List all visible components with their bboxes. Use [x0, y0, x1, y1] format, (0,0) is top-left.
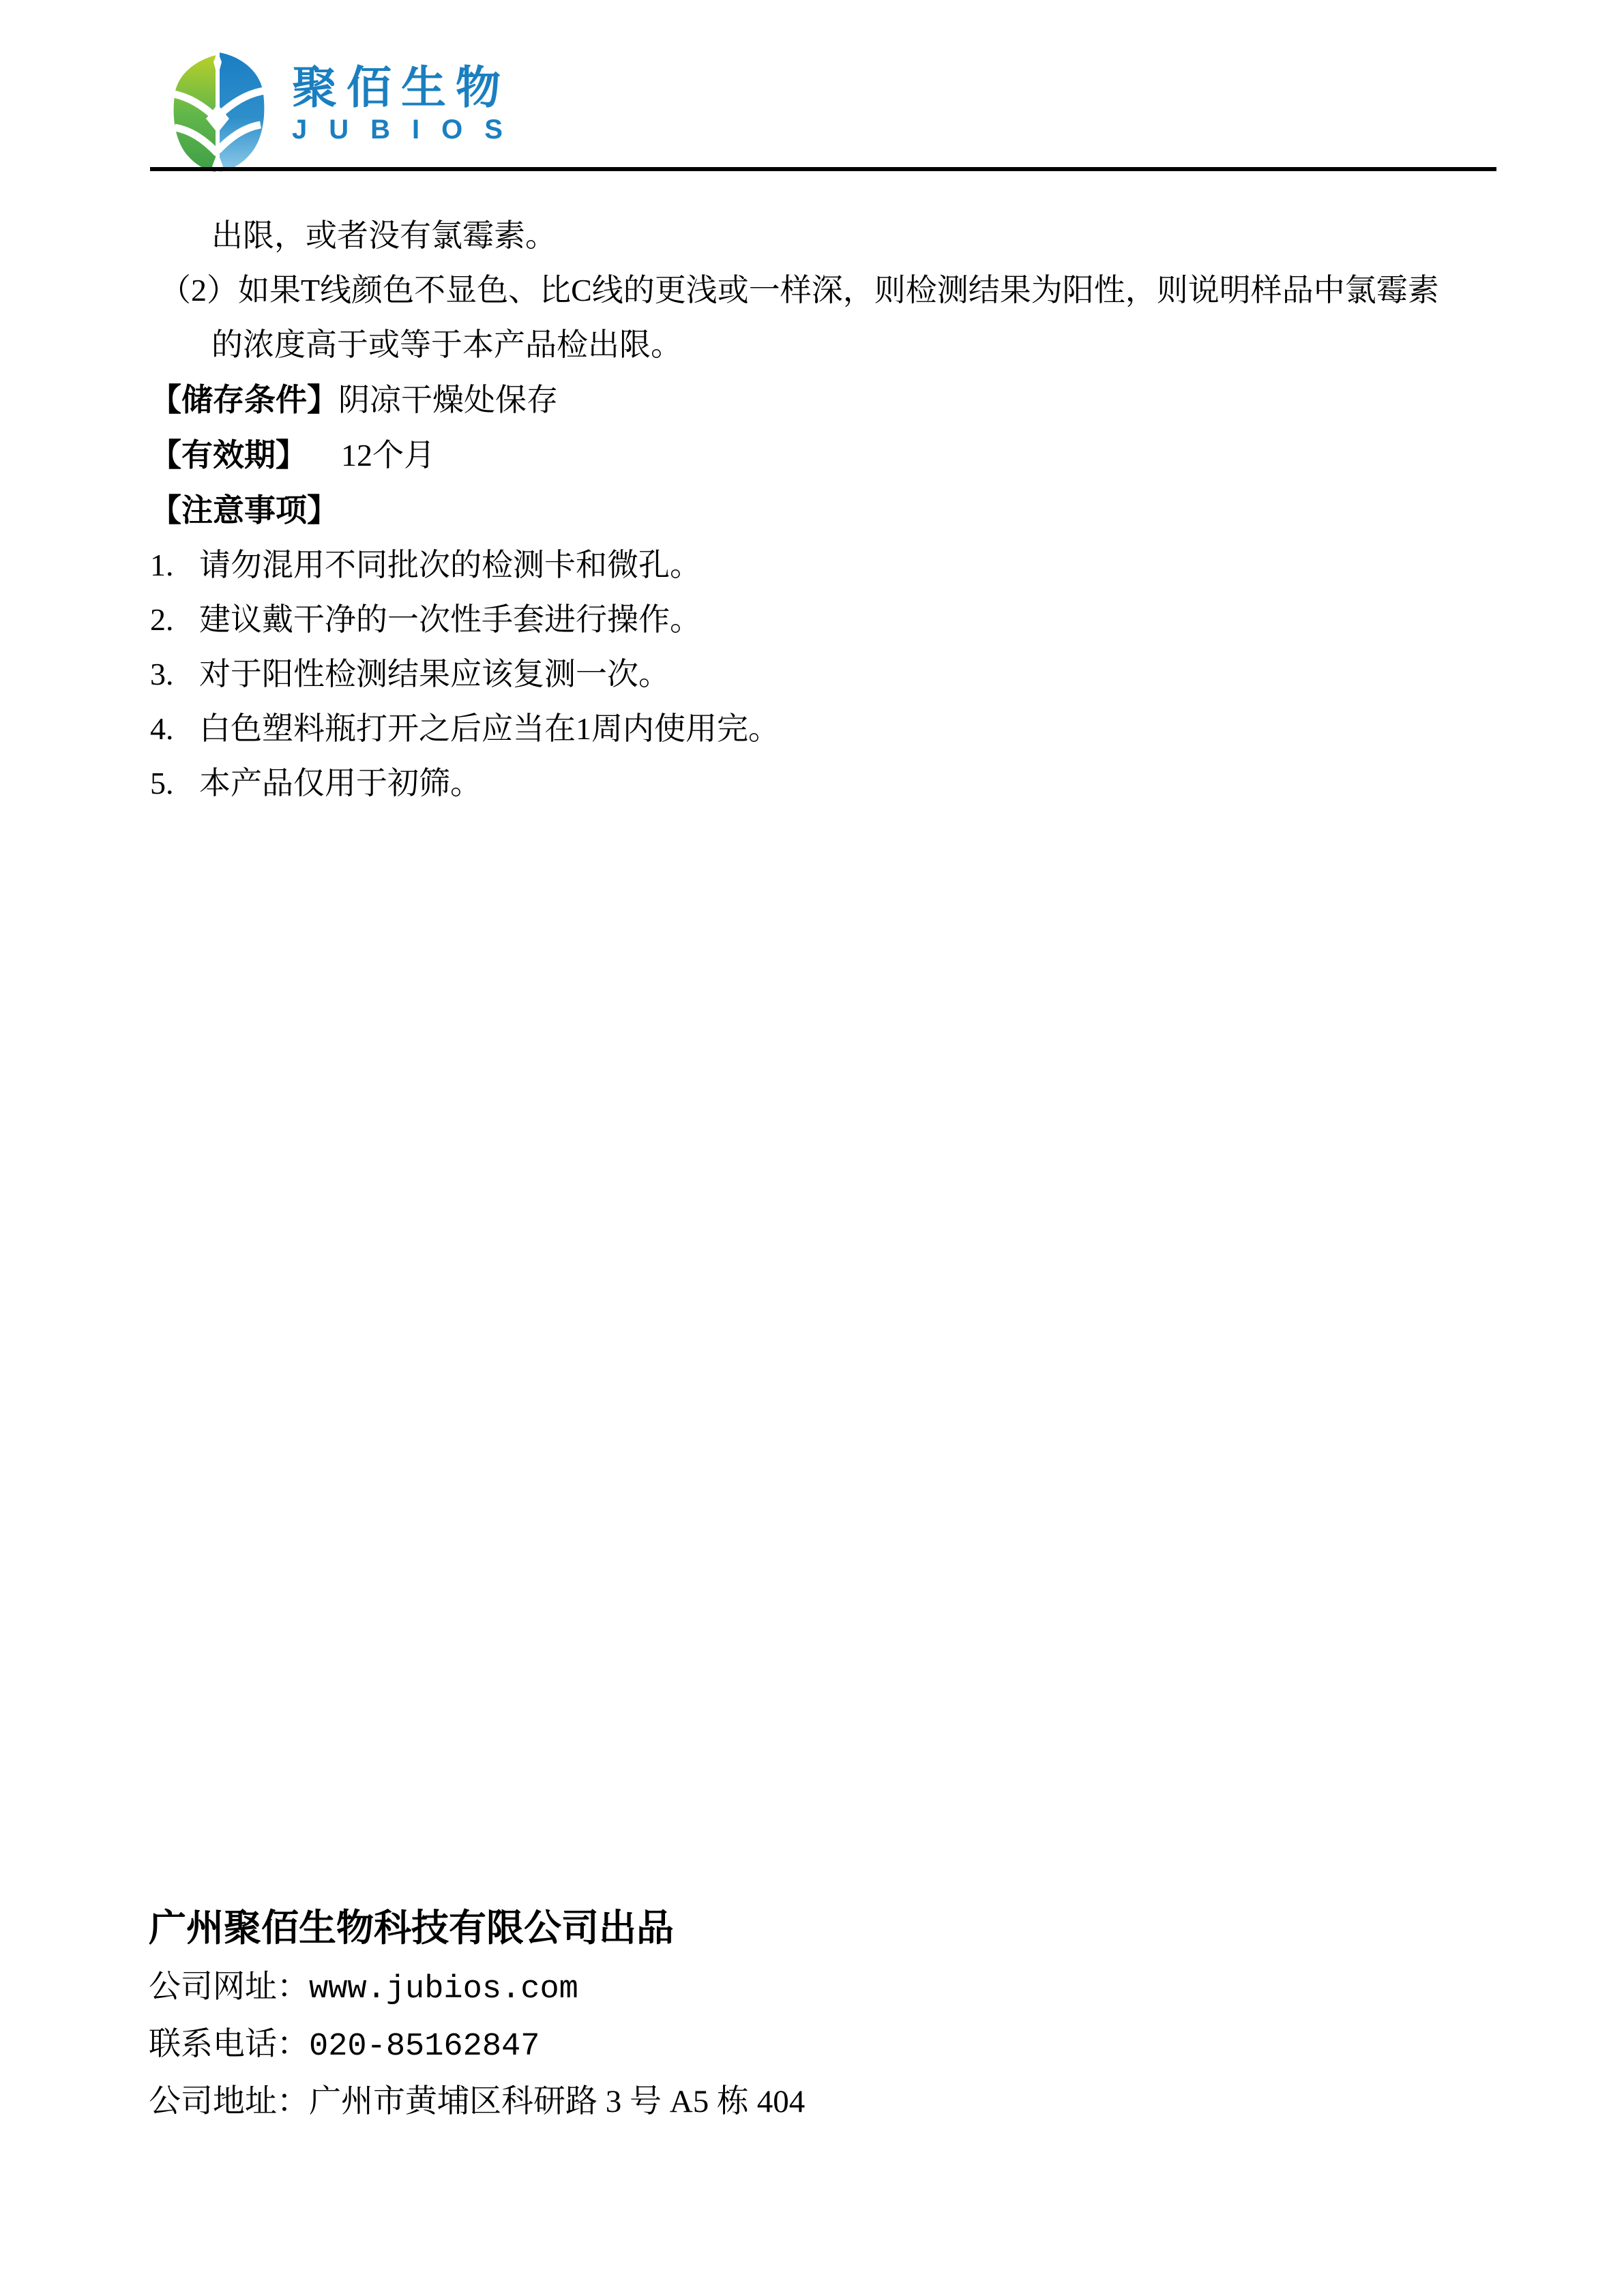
body-content: 出限，或者没有氯霉素。 （2）如果T线颜色不显色、比C线的更浅或一样深，则检测结… — [150, 209, 1501, 811]
note-1-number: 1. — [150, 538, 199, 593]
header-divider — [150, 167, 1496, 171]
footer-company-name: 广州聚佰生物科技有限公司出品 — [149, 1897, 805, 1960]
note-item-1: 1.请勿混用不同批次的检测卡和微孔。 — [150, 538, 1501, 593]
section-storage: 【储存条件】阴凉干燥处保存 — [150, 372, 1501, 428]
note-item-2: 2.建议戴干净的一次性手套进行操作。 — [150, 593, 1501, 647]
section-validity: 【有效期】12个月 — [150, 428, 1501, 483]
footer-phone-value: 020-85162847 — [309, 2029, 540, 2065]
paragraph-item2-line2: 的浓度高于或等于本产品检出限。 — [150, 318, 1501, 372]
section-validity-label: 【有效期】 — [150, 437, 307, 473]
item2-text: 如果T线颜色不显色、比C线的更浅或一样深，则检测结果为阳性，则说明样品中氯霉素 — [238, 273, 1439, 308]
note-1-text: 请勿混用不同批次的检测卡和微孔。 — [199, 548, 701, 582]
paragraph-carryover-line: 出限，或者没有氯霉素。 — [150, 209, 1501, 263]
logo-leaf-graphic — [162, 50, 273, 173]
footer-company-block: 广州聚佰生物科技有限公司出品 公司网址：www.jubios.com 联系电话：… — [149, 1897, 805, 2129]
section-storage-value: 阴凉干燥处保存 — [338, 383, 558, 417]
footer-phone-label: 联系电话： — [149, 2027, 309, 2062]
footer-address-row: 公司地址：广州市黄埔区科研路 3 号 A5 栋 404 — [149, 2074, 805, 2129]
note-4-number: 4. — [150, 702, 199, 756]
footer-phone-row: 联系电话：020-85162847 — [149, 2017, 805, 2074]
note-4-text: 白色塑料瓶打开之后应当在1周内使用完。 — [199, 711, 780, 746]
paragraph-item2-line1: （2）如果T线颜色不显色、比C线的更浅或一样深，则检测结果为阳性，则说明样品中氯… — [150, 263, 1501, 318]
note-item-5: 5.本产品仅用于初筛。 — [150, 756, 1501, 811]
jubios-logo-icon — [162, 50, 273, 173]
note-2-number: 2. — [150, 593, 199, 647]
document-page: 聚佰生物 JUBIOS 出限，或者没有氯霉素。 （2）如果T线颜色不显色、比C线… — [0, 0, 1624, 2296]
footer-address-value: 广州市黄埔区科研路 3 号 A5 栋 404 — [309, 2084, 805, 2119]
brand-name-en: JUBIOS — [292, 115, 525, 145]
note-3-number: 3. — [150, 647, 199, 702]
footer-website-row: 公司网址：www.jubios.com — [149, 1960, 805, 2017]
item2-number: （2） — [160, 273, 238, 308]
footer-address-label: 公司地址： — [149, 2084, 309, 2119]
section-storage-label: 【储存条件】 — [150, 382, 338, 417]
note-5-text: 本产品仅用于初筛。 — [199, 766, 482, 801]
note-item-4: 4.白色塑料瓶打开之后应当在1周内使用完。 — [150, 702, 1501, 756]
brand-wordmark: 聚佰生物 JUBIOS — [292, 61, 525, 145]
note-3-text: 对于阳性检测结果应该复测一次。 — [199, 657, 670, 691]
section-validity-value: 12个月 — [341, 438, 435, 473]
note-5-number: 5. — [150, 756, 199, 811]
footer-website-value: www.jubios.com — [309, 1971, 578, 2008]
section-precautions: 【注意事项】 — [150, 483, 1501, 538]
footer-website-label: 公司网址： — [149, 1969, 309, 2005]
brand-name-cn: 聚佰生物 — [292, 61, 525, 113]
note-2-text: 建议戴干净的一次性手套进行操作。 — [199, 602, 701, 637]
section-precautions-label: 【注意事项】 — [150, 492, 338, 528]
note-item-3: 3.对于阳性检测结果应该复测一次。 — [150, 647, 1501, 702]
